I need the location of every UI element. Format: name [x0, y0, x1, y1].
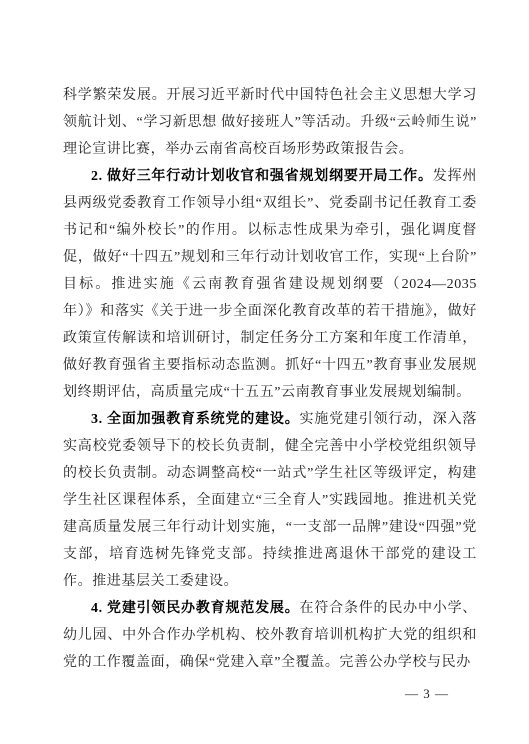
- paragraph-lead-bold: 4. 党建引领民办教育规范发展。: [91, 601, 300, 616]
- paragraph: 4. 党建引领民办教育规范发展。在符合条件的民办中小学、幼儿园、中外合作办学机构…: [63, 595, 477, 676]
- page-number: — 3 —: [63, 680, 477, 707]
- paragraph-lead-bold: 2. 做好三年行动计划收官和强省规划纲要开局工作。: [91, 169, 433, 184]
- paragraph-text: 实施党建引领行动，深入落实高校党委领导下的校长负责制，健全完善中小学校党组织领导…: [63, 412, 477, 589]
- document-body: 科学繁荣发展。开展习近平新时代中国特色社会主义思想大学习领航计划、“学习新思想 …: [63, 82, 477, 707]
- paragraph: 科学繁荣发展。开展习近平新时代中国特色社会主义思想大学习领航计划、“学习新思想 …: [63, 82, 477, 163]
- paragraph: 2. 做好三年行动计划收官和强省规划纲要开局工作。发挥州县两级党委教育工作领导小…: [63, 163, 477, 406]
- paragraph-lead-bold: 3. 全面加强教育系统党的建设。: [91, 412, 300, 427]
- document-page: 科学繁荣发展。开展习近平新时代中国特色社会主义思想大学习领航计划、“学习新思想 …: [0, 0, 529, 744]
- paragraph-text: 发挥州县两级党委教育工作领导小组“双组长”、党委副书记任教育工委书记和“编外校长…: [63, 169, 477, 400]
- paragraph: 3. 全面加强教育系统党的建设。实施党建引领行动，深入落实高校党委领导下的校长负…: [63, 406, 477, 595]
- paragraph-text: 科学繁荣发展。开展习近平新时代中国特色社会主义思想大学习领航计划、“学习新思想 …: [63, 88, 477, 157]
